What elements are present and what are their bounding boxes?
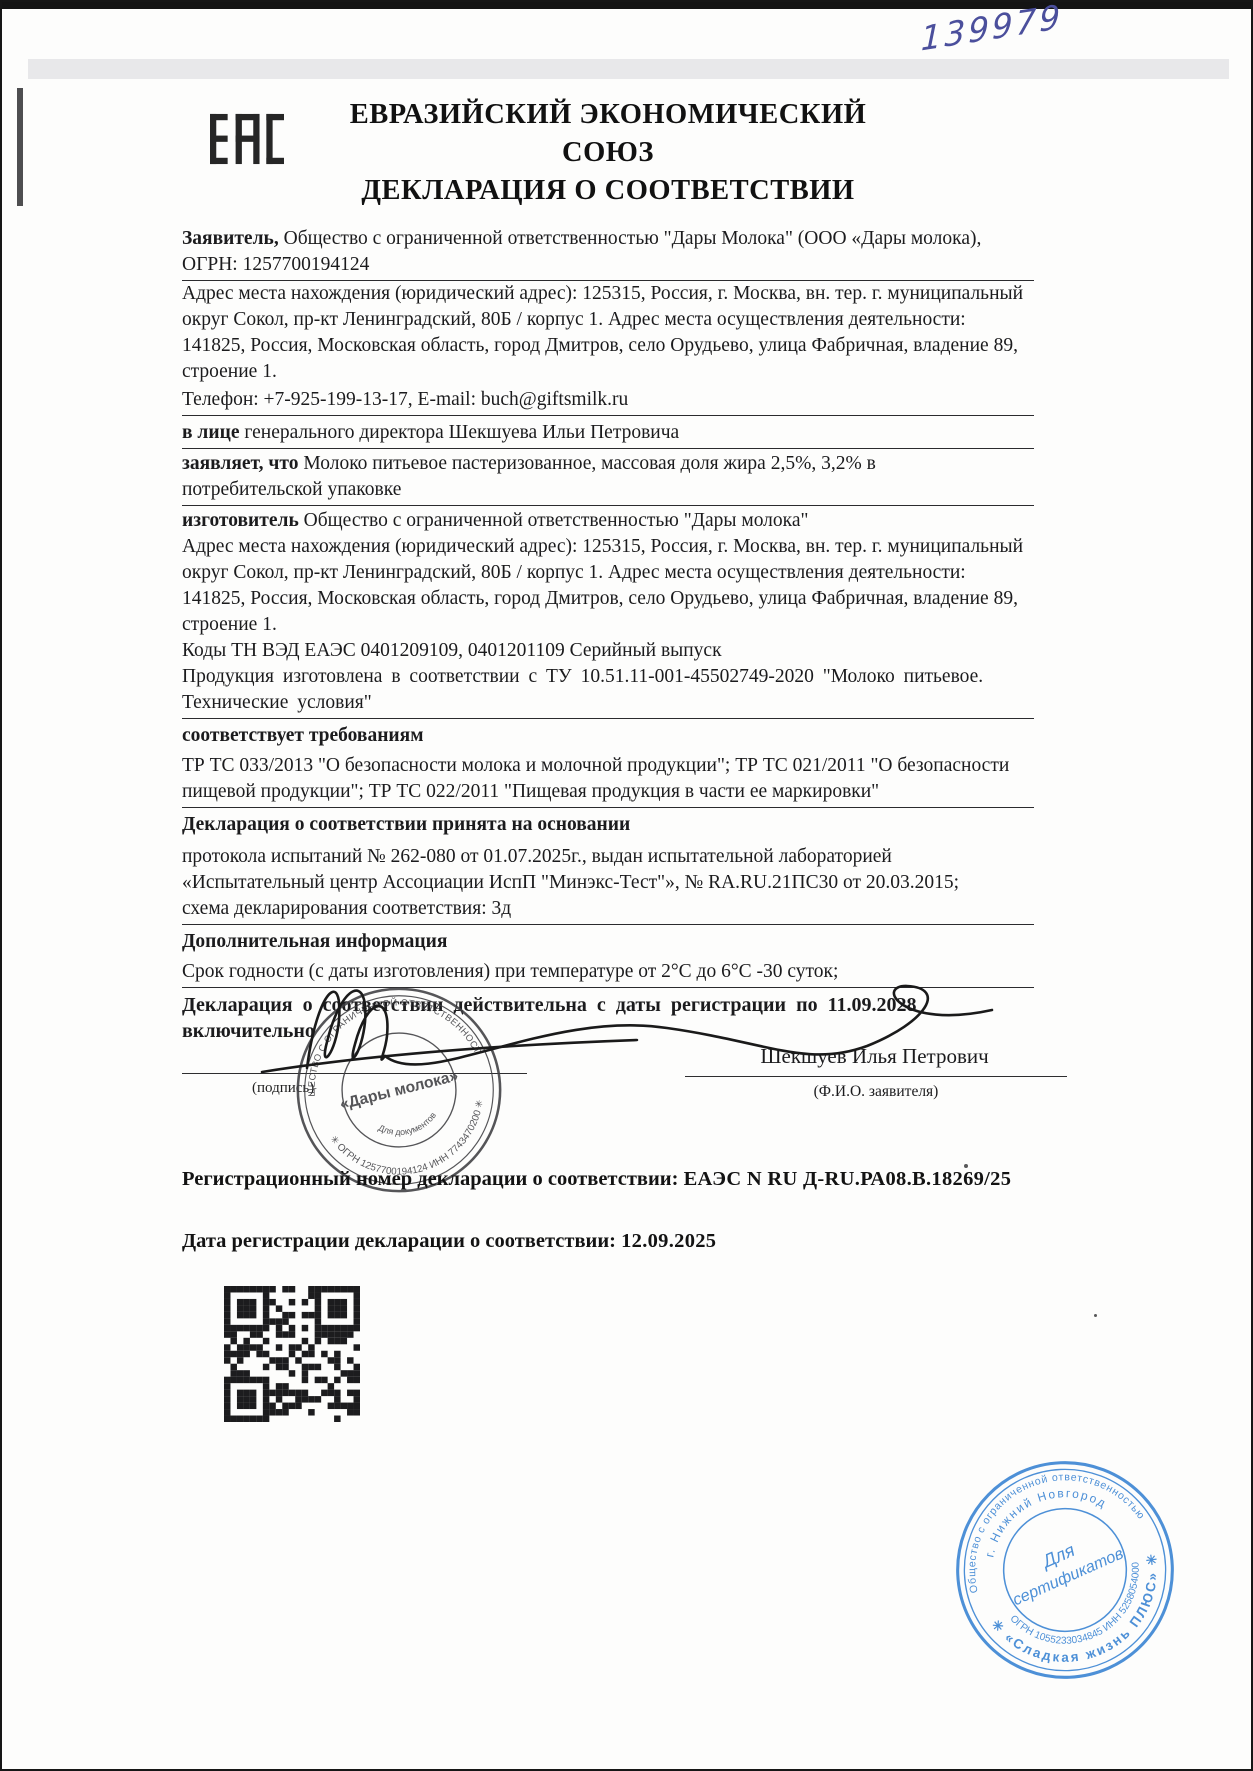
registration-date-line: Дата регистрации декларации о соответств… <box>182 1230 716 1253</box>
scan-gray-band <box>28 59 1229 79</box>
scan-left-artifact <box>17 88 23 206</box>
registration-number-label: Регистрационный номер декларации о соотв… <box>182 1168 678 1190</box>
certification-stamp: Общество с ограниченной ответственностью… <box>950 1455 1180 1690</box>
registration-date-label: Дата регистрации декларации о соответств… <box>182 1230 616 1252</box>
scan-speck <box>1094 1314 1097 1317</box>
fio-caption: (Ф.И.О. заявителя) <box>685 1083 1067 1101</box>
header-title-line1: ЕВРАЗИЙСКИЙ ЭКОНОМИЧЕСКИЙ СОЮЗ <box>302 96 914 172</box>
manufacturer-label: изготовитель <box>182 510 299 531</box>
stamp-sub-text: Для документов <box>375 1109 441 1144</box>
in-person-text: генерального директора Шекшуева Ильи Пет… <box>239 422 679 443</box>
produced-paragraph: Продукция изготовлена в соответствии с Т… <box>182 664 1034 719</box>
applicant-paragraph: Заявитель, Общество с ограниченной ответ… <box>182 226 1034 281</box>
declares-label: заявляет, что <box>182 453 299 474</box>
company-stamp-svg: ОБЩЕСТВО С ОГРАНИЧЕННОЙ ОТВЕТСТВЕННОСТЬЮ… <box>291 982 507 1198</box>
declares-paragraph: заявляет, что Молоко питьевое пастеризов… <box>182 451 1034 506</box>
registration-date-value: 12.09.2025 <box>621 1230 716 1252</box>
scan-speck <box>964 1164 968 1168</box>
manufacturer-line: изготовитель Общество с ограниченной отв… <box>182 508 1034 534</box>
in-person-line: в лице генерального директора Шекшуева И… <box>182 420 1034 449</box>
applicant-address: Адрес места нахождения (юридический адре… <box>182 281 1034 385</box>
stamp-center-text: «Дары молока» <box>338 1067 460 1113</box>
complies-text: ТР ТС 033/2013 "О безопасности молока и … <box>182 753 1034 808</box>
additional-info-heading: Дополнительная информация <box>182 929 1034 955</box>
svg-text:Для документов: Для документов <box>375 1109 441 1144</box>
declaration-scan-page: 139979 ЕВРАЗИЙСКИЙ ЭКОНОМИЧЕСКИЙ СОЮЗ ДЕ… <box>0 0 1253 1771</box>
document-header: ЕВРАЗИЙСКИЙ ЭКОНОМИЧЕСКИЙ СОЮЗ ДЕКЛАРАЦИ… <box>302 96 914 210</box>
basis-heading: Декларация о соответствии принята на осн… <box>182 812 1034 838</box>
signature-line-right <box>685 1076 1067 1077</box>
scan-top-edge <box>2 2 1251 9</box>
tn-ved-codes-line: Коды ТН ВЭД ЕАЭС 0401209109, 0401201109 … <box>182 638 1034 664</box>
qr-code <box>224 1286 360 1422</box>
phone-email-line: Телефон: +7-925-199-13-17, E-mail: buch@… <box>182 387 1034 416</box>
manufacturer-address: Адрес места нахождения (юридический адре… <box>182 534 1034 638</box>
header-title-line2: ДЕКЛАРАЦИЯ О СООТВЕТСТВИИ <box>302 172 914 210</box>
basis-text: протокола испытаний № 262-080 от 01.07.2… <box>182 844 1034 925</box>
complies-heading: соответствует требованиям <box>182 723 1034 749</box>
qr-code-block <box>224 1286 360 1427</box>
in-person-label: в лице <box>182 422 239 443</box>
eac-logo-svg <box>210 95 284 183</box>
applicant-fio: Шекшуев Илья Петрович <box>682 1044 1067 1069</box>
eac-logo-icon <box>210 95 284 188</box>
manufacturer-text: Общество с ограниченной ответственностью… <box>299 510 809 531</box>
applicant-label: Заявитель, <box>182 228 279 249</box>
applicant-text: Общество с ограниченной ответственностью… <box>182 228 981 275</box>
registration-number-value: ЕАЭС N RU Д-RU.РА08.В.18269/25 <box>684 1168 1012 1190</box>
certification-stamp-svg: Общество с ограниченной ответственностью… <box>950 1455 1180 1685</box>
document-body: Заявитель, Общество с ограниченной ответ… <box>182 226 1034 1044</box>
registration-number-line: Регистрационный номер декларации о соотв… <box>182 1168 1011 1191</box>
